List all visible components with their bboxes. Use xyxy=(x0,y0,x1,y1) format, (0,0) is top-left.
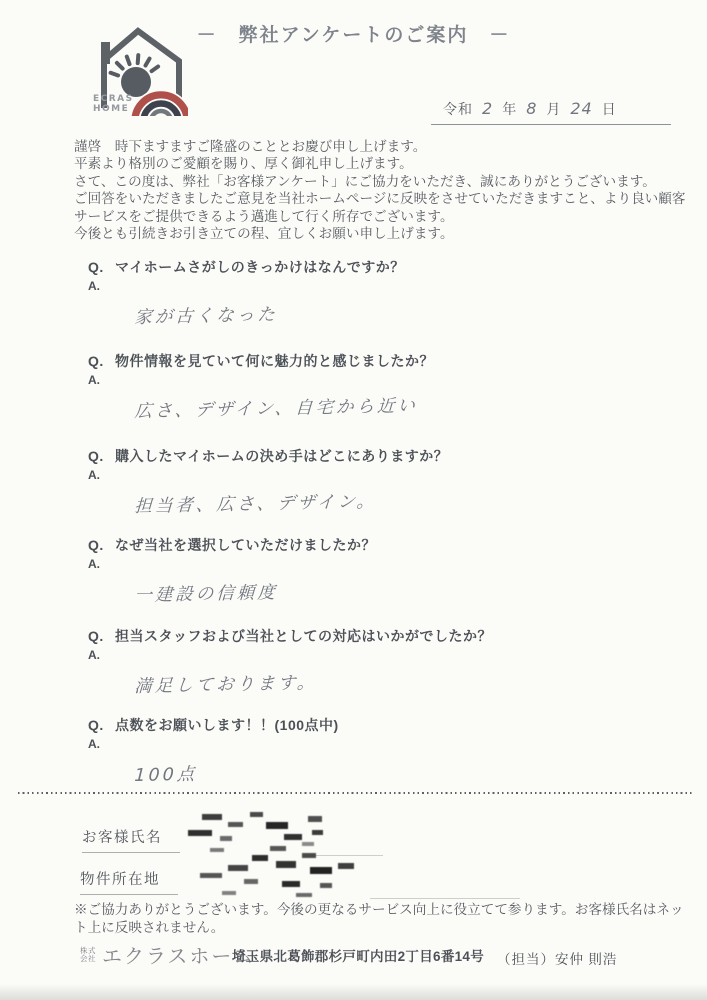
qa-item-1: Q.マイホームさがしのきっかけはなんですか？ A. 家が古くなった xyxy=(88,257,653,329)
date-era: 令和 xyxy=(443,103,473,118)
qa-item-4: Q.なぜ当社を選択していただけましたか？ A. 一建設の信頼度 xyxy=(88,535,653,607)
thank-you-note: ※ご協力ありがとうございます。今後の更なるサービス向上に役立てて参ります。お客様… xyxy=(74,901,694,936)
customer-name-label: お客様氏名 xyxy=(82,826,180,853)
question-text: 購入したマイホームの決め手はどこにありますか？ xyxy=(115,448,448,464)
handwritten-answer: 100点 xyxy=(134,751,653,787)
greeting-line: 謹啓 時下ますますご隆盛のこととお慶び申し上げます。 xyxy=(74,138,690,155)
date-year-suffix: 年 xyxy=(502,103,517,118)
handwritten-answer: 満足しております。 xyxy=(134,662,653,698)
handwritten-answer: 家が古くなった xyxy=(134,293,653,329)
question-row: Q.点数をお願いします！！(100点中) xyxy=(88,715,653,735)
date-day-suffix: 日 xyxy=(602,103,617,118)
date-month-handwritten: 8 xyxy=(526,99,537,118)
answer-label: A. xyxy=(88,648,653,662)
question-row: Q.マイホームさがしのきっかけはなんですか？ xyxy=(88,257,653,277)
question-label: Q. xyxy=(88,259,115,275)
question-label: Q. xyxy=(88,628,115,644)
redacted-property-location xyxy=(192,851,377,901)
question-text: マイホームさがしのきっかけはなんですか？ xyxy=(115,259,405,275)
question-label: Q. xyxy=(88,448,115,464)
greeting-line: 平素より格別のご愛顧を賜り、厚く御礼申し上げます。 xyxy=(74,155,690,172)
question-label: Q. xyxy=(88,537,115,553)
page-title: － 弊社アンケートのご案内 － xyxy=(0,20,707,47)
question-row: Q.担当スタッフおよび当社としての対応はいかがでしたか？ xyxy=(88,626,653,646)
dotted-separator xyxy=(18,792,695,794)
question-text: 担当スタッフおよび当社としての対応はいかがでしたか？ xyxy=(115,628,492,644)
qa-item-5: Q.担当スタッフおよび当社としての対応はいかがでしたか？ A. 満足しております… xyxy=(88,626,653,698)
contact-label: （担当） xyxy=(497,952,555,967)
qa-item-2: Q.物件情報を見ていて何に魅力的と感じましたか？ A. 広さ、デザイン、自宅から… xyxy=(88,351,653,423)
date-month-suffix: 月 xyxy=(546,103,561,118)
qa-item-3: Q.購入したマイホームの決め手はどこにありますか？ A. 担当者、広さ、デザイン… xyxy=(88,446,653,518)
greeting-line: さて、この度は、弊社「お客様アンケート」にご協力をいただき、誠にありがとうござい… xyxy=(74,173,690,190)
question-row: Q.なぜ当社を選択していただけましたか？ xyxy=(88,535,653,555)
question-text: 点数をお願いします！！(100点中) xyxy=(115,717,339,733)
scanned-survey-document: ECRAS HOME － 弊社アンケートのご案内 － 令和2年8月24日 謹啓 … xyxy=(0,0,707,1000)
date-year-handwritten: 2 xyxy=(482,99,493,118)
handwritten-answer: 広さ、デザイン、自宅から近い xyxy=(134,387,653,423)
contact-name: 安仲 則浩 xyxy=(555,952,617,967)
logo-wordmark: ECRAS HOME xyxy=(93,94,134,114)
greeting-line: 今後とも引続きお引き立ての程、宜しくお願い申し上げます。 xyxy=(74,225,690,242)
company-prefix: 株式 会社 xyxy=(80,947,96,962)
question-label: Q. xyxy=(88,717,115,733)
date-day-handwritten: 24 xyxy=(570,99,592,118)
question-label: Q. xyxy=(88,353,115,369)
answer-label: A. xyxy=(88,468,653,482)
date-line: 令和2年8月24日 xyxy=(431,99,671,125)
question-row: Q.購入したマイホームの決め手はどこにありますか？ xyxy=(88,446,653,466)
greeting-paragraph: 謹啓 時下ますますご隆盛のこととお慶び申し上げます。 平素より格別のご愛顧を賜り… xyxy=(74,138,690,242)
greeting-line: ご回答をいただきましたご意見を当社ホームページに反映をさせていただきますこと、よ… xyxy=(74,190,690,225)
question-row: Q.物件情報を見ていて何に魅力的と感じましたか？ xyxy=(88,351,653,371)
answer-label: A. xyxy=(88,557,653,571)
handwritten-answer: 一建設の信頼度 xyxy=(134,571,653,607)
answer-label: A. xyxy=(88,373,653,387)
handwritten-answer: 担当者、広さ、デザイン。 xyxy=(134,482,653,518)
contact-person: （担当）安仲 則浩 xyxy=(497,948,617,968)
answer-label: A. xyxy=(88,279,653,293)
property-location-underline xyxy=(370,898,520,899)
answer-label: A. xyxy=(88,737,653,751)
company-address: 埼玉県北葛飾郡杉戸町内田2丁目6番14号 xyxy=(232,945,484,965)
question-text: 物件情報を見ていて何に魅力的と感じましたか？ xyxy=(115,353,434,369)
qa-item-6: Q.点数をお願いします！！(100点中) A. 100点 xyxy=(88,715,653,787)
question-text: なぜ当社を選択していただけましたか？ xyxy=(115,537,376,553)
property-location-label: 物件所在地 xyxy=(80,868,178,895)
